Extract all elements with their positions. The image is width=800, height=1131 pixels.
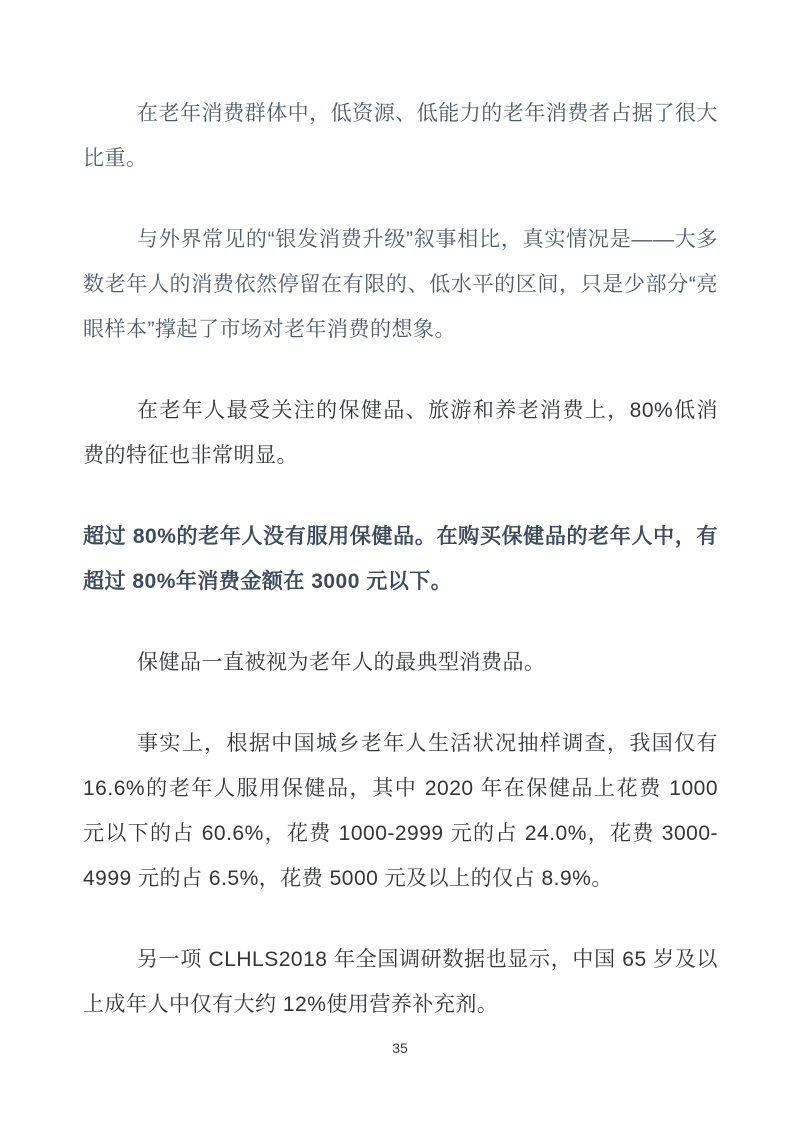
paragraph-health-products-intro: 保健品一直被视为老年人的最典型消费品。	[83, 640, 718, 685]
paragraph-narrative-contrast: 与外界常见的“银发消费升级”叙事相比，真实情况是——大多数老年人的消费依然停留在…	[83, 217, 718, 352]
paragraph-key-finding-bold: 超过 80%的老年人没有服用保健品。在购买保健品的老年人中，有超过 80%年消费…	[83, 514, 718, 604]
document-body: 在老年消费群体中，低资源、低能力的老年消费者占据了很大比重。 与外界常见的“银发…	[0, 0, 800, 1027]
paragraph-low-consumption-feature: 在老年人最受关注的保健品、旅游和养老消费上，80%低消费的特征也非常明显。	[83, 388, 718, 478]
paragraph-intro-share: 在老年消费群体中，低资源、低能力的老年消费者占据了很大比重。	[83, 91, 718, 181]
document-page: 在老年消费群体中，低资源、低能力的老年消费者占据了很大比重。 与外界常见的“银发…	[0, 0, 800, 1131]
paragraph-survey-statistics: 事实上，根据中国城乡老年人生活状况抽样调查，我国仅有 16.6%的老年人服用保健…	[83, 721, 718, 901]
paragraph-clhls-data: 另一项 CLHLS2018 年全国调研数据也显示，中国 65 岁及以上成年人中仅…	[83, 937, 718, 1027]
page-number: 35	[0, 1040, 800, 1056]
